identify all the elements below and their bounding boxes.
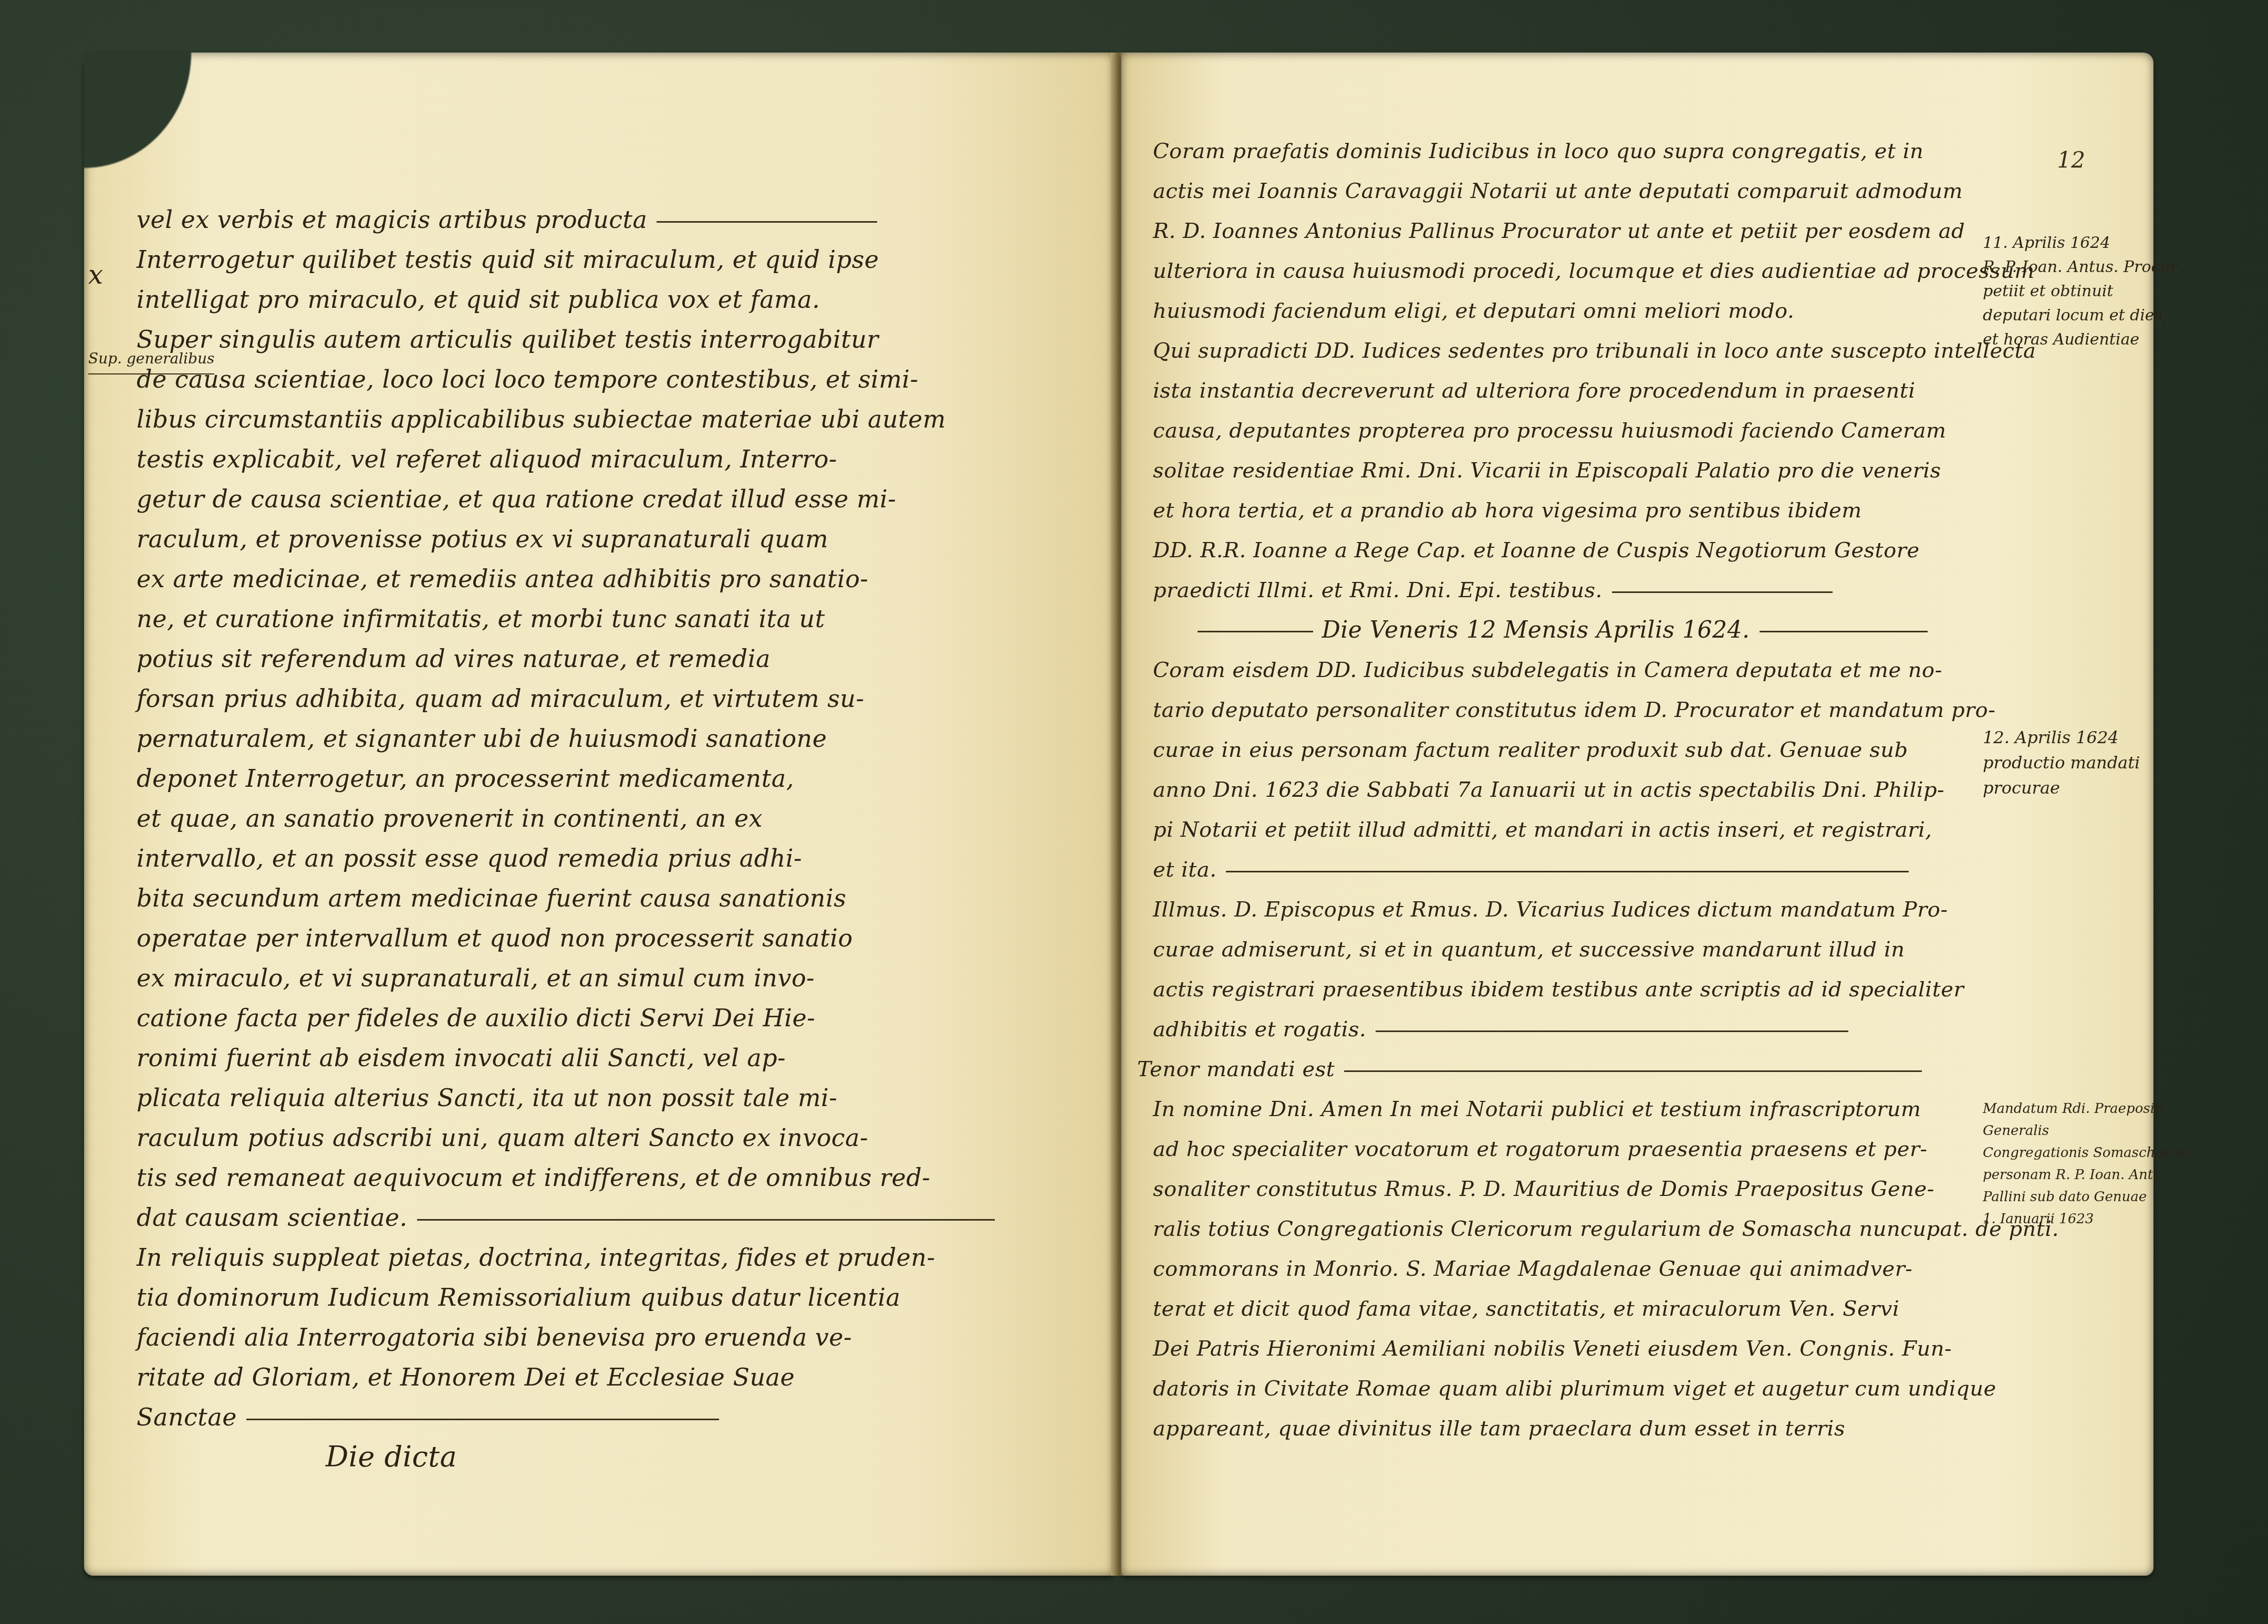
text-line: testis explicabit, vel referet aliquod m… [137, 439, 1071, 479]
text-line: et hora tertia, et a prandio ab hora vig… [1153, 491, 1972, 530]
text-line: de causa scientiae, loco loci loco tempo… [137, 359, 1071, 399]
text-line: ista instantia decreverunt ad ulteriora … [1153, 371, 1972, 411]
text-line: ex miraculo, et vi supranaturali, et an … [137, 958, 1071, 998]
text-line: vel ex verbis et magicis artibus product… [137, 200, 1071, 240]
text-line: ex arte medicinae, et remediis antea adh… [137, 559, 1071, 599]
left-page-text: vel ex verbis et magicis artibus product… [137, 200, 1071, 1477]
text-line: ad hoc specialiter vocatorum et rogatoru… [1153, 1129, 1972, 1169]
text-line: praedicti Illmi. et Rmi. Dni. Epi. testi… [1153, 570, 1972, 610]
text-line: raculum, et provenisse potius ex vi supr… [137, 519, 1071, 559]
margin-mark-x: x [88, 260, 103, 289]
text-line: ralis totius Congregationis Clericorum r… [1153, 1209, 1972, 1249]
text-line: datoris in Civitate Romae quam alibi plu… [1153, 1369, 1972, 1409]
text-line: forsan prius adhibita, quam ad miraculum… [137, 679, 1071, 719]
text-line: catione facta per fideles de auxilio dic… [137, 998, 1071, 1038]
text-line: pi Notarii et petiit illud admitti, et m… [1153, 810, 1972, 850]
text-line: huiusmodi faciendum eligi, et deputari o… [1153, 291, 1972, 331]
text-line: Sanctae [137, 1397, 1071, 1437]
text-line: ulteriora in causa huiusmodi procedi, lo… [1153, 251, 1972, 291]
text-line: Qui supradicti DD. Iudices sedentes pro … [1153, 331, 1972, 371]
margin-note-1: 11. Aprilis 1624 R. P. Ioan. Antus. Proc… [1983, 231, 2178, 352]
text-line: actis mei Ioannis Caravaggii Notarii ut … [1153, 171, 1972, 211]
text-line: dat causam scientiae. [137, 1198, 1071, 1237]
text-line: curae in eius personam factum realiter p… [1153, 730, 1972, 770]
text-line: tario deputato personaliter constitutus … [1153, 690, 1972, 730]
text-line: Illmus. D. Episcopus et Rmus. D. Vicariu… [1153, 890, 1972, 930]
text-line: potius sit referendum ad vires naturae, … [137, 639, 1071, 679]
tenor-heading: Tenor mandati est [1137, 1049, 1972, 1089]
text-line: operatae per intervallum et quod non pro… [137, 918, 1071, 958]
text-line: intervallo, et an possit esse quod remed… [137, 838, 1071, 878]
text-line: deponet Interrogetur, an processerint me… [137, 758, 1071, 798]
text-line: curae admiserunt, si et in quantum, et s… [1153, 930, 1972, 970]
date-heading: Die Veneris 12 Mensis Aprilis 1624. [1153, 610, 1972, 650]
text-line: In reliquis suppleat pietas, doctrina, i… [137, 1237, 1071, 1277]
text-line: In nomine Dni. Amen In mei Notarii publi… [1153, 1089, 1972, 1129]
margin-note-3: Mandatum Rdi. Praepositi Generalis Congr… [1983, 1098, 2189, 1230]
text-line: solitae residentiae Rmi. Dni. Vicarii in… [1153, 451, 1972, 491]
text-line: faciendi alia Interrogatoria sibi benevi… [137, 1317, 1071, 1357]
text-line: intelligat pro miraculo, et quid sit pub… [137, 279, 1071, 319]
text-line: tis sed remaneat aequivocum et indiffere… [137, 1158, 1071, 1198]
right-page: 12 Coram praefatis dominis Iudicibus in … [1121, 53, 2153, 1576]
manuscript-spread: x Sup. generalibus vel ex verbis et magi… [84, 32, 2153, 1597]
text-line: commorans in Monrio. S. Mariae Magdalena… [1153, 1249, 1972, 1289]
text-line: tia dominorum Iudicum Remissorialium qui… [137, 1277, 1071, 1317]
text-line: raculum potius adscribi uni, quam alteri… [137, 1118, 1071, 1158]
text-line: bita secundum artem medicinae fuerint ca… [137, 878, 1071, 918]
text-line: terat et dicit quod fama vitae, sanctita… [1153, 1289, 1972, 1329]
text-line: libus circumstantiis applicabilibus subi… [137, 399, 1071, 439]
text-line: Dei Patris Hieronimi Aemiliani nobilis V… [1153, 1329, 1972, 1369]
day-heading: Die dicta [137, 1437, 1071, 1477]
page-number: 12 [2057, 147, 2085, 173]
text-line: plicata reliquia alterius Sancti, ita ut… [137, 1078, 1071, 1118]
text-line: et ita. [1153, 850, 1972, 890]
text-line: adhibitis et rogatis. [1153, 1009, 1972, 1049]
text-line: appareant, quae divinitus ille tam praec… [1153, 1409, 1972, 1449]
text-line: getur de causa scientiae, et qua ratione… [137, 479, 1071, 519]
torn-corner [84, 53, 221, 200]
text-line: Interrogetur quilibet testis quid sit mi… [137, 240, 1071, 279]
text-line: Super singulis autem articulis quilibet … [137, 319, 1071, 359]
text-line: DD. R.R. Ioanne a Rege Cap. et Ioanne de… [1153, 530, 1972, 570]
text-line: et quae, an sanatio provenerit in contin… [137, 798, 1071, 838]
text-line: R. D. Ioannes Antonius Pallinus Procurat… [1153, 211, 1972, 251]
text-line: Coram praefatis dominis Iudicibus in loc… [1153, 131, 1972, 171]
text-line: anno Dni. 1623 die Sabbati 7a Ianuarii u… [1153, 770, 1972, 810]
text-line: pernaturalem, et signanter ubi de huiusm… [137, 719, 1071, 758]
text-line: ritate ad Gloriam, et Honorem Dei et Ecc… [137, 1357, 1071, 1397]
text-line: ronimi fuerint ab eisdem invocati alii S… [137, 1038, 1071, 1078]
text-line: ne, et curatione infirmitatis, et morbi … [137, 599, 1071, 639]
left-page: x Sup. generalibus vel ex verbis et magi… [84, 53, 1114, 1576]
margin-note-2: 12. Aprilis 1624 productio mandati procu… [1983, 725, 2140, 800]
right-page-text: Coram praefatis dominis Iudicibus in loc… [1153, 131, 1972, 1449]
text-line: causa, deputantes propterea pro processu… [1153, 411, 1972, 451]
text-line: sonaliter constitutus Rmus. P. D. Maurit… [1153, 1169, 1972, 1209]
text-line: Coram eisdem DD. Iudicibus subdelegatis … [1153, 650, 1972, 690]
text-line: actis registrari praesentibus ibidem tes… [1153, 970, 1972, 1009]
